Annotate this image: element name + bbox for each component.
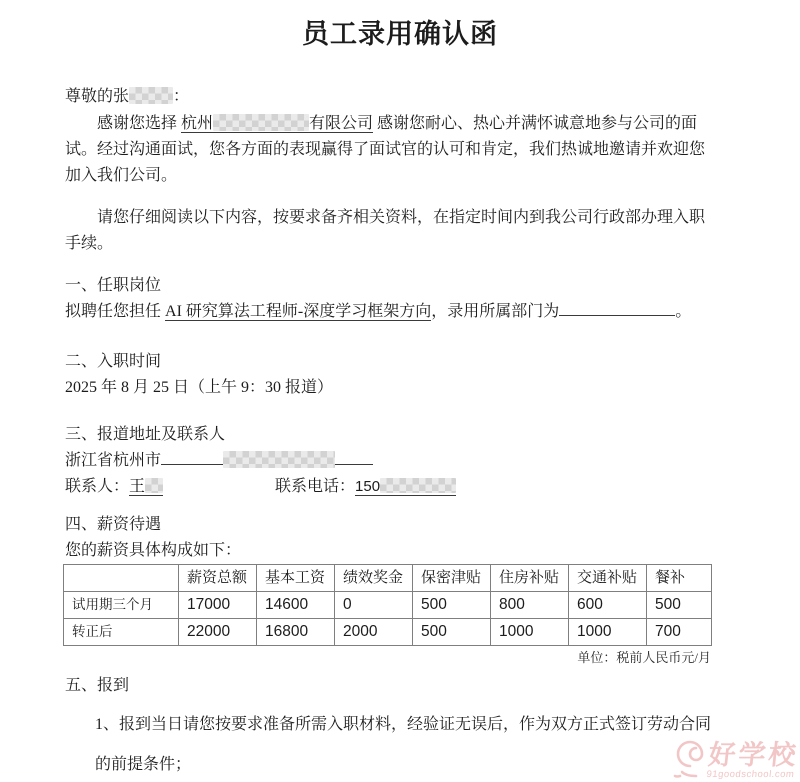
- section-report-heading: 三、报道地址及联系人: [65, 422, 712, 448]
- intro-before-company: 感谢您选择: [97, 115, 181, 132]
- redacted-address: [223, 448, 335, 465]
- address-blank-left: [161, 448, 223, 465]
- section-report: 三、报道地址及联系人 浙江省杭州市 联系人：王联系电话：150: [65, 422, 712, 500]
- company-name-field: 杭州有限公司: [181, 115, 373, 133]
- section-position-heading: 一、任职岗位: [65, 273, 712, 299]
- salary-table-header-row: 薪资总额 基本工资 绩效奖金 保密津贴 住房补贴 交通补贴 餐补: [64, 565, 712, 592]
- phone-field: 150: [355, 478, 456, 496]
- cell-value: 1000: [491, 619, 569, 646]
- section-checkin-heading: 五、报到: [65, 673, 712, 699]
- header-cell-confidential: 保密津贴: [413, 565, 491, 592]
- salary-table: 薪资总额 基本工资 绩效奖金 保密津贴 住房补贴 交通补贴 餐补 试用期三个月 …: [63, 564, 712, 646]
- position-line-end: 。: [675, 303, 691, 320]
- contact-name-field: 王: [129, 478, 163, 496]
- cell-value: 16800: [257, 619, 335, 646]
- row-label: 试用期三个月: [64, 592, 179, 619]
- contact-name: 王: [129, 478, 145, 495]
- department-blank-field: [559, 299, 675, 316]
- section-salary: 四、薪资待遇 您的薪资具体构成如下： 薪资总额 基本工资 绩效奖金 保密津贴 住…: [65, 512, 712, 668]
- cell-value: 1000: [569, 619, 647, 646]
- redacted-contact-name: [145, 478, 163, 493]
- header-cell-meal: 餐补: [647, 565, 712, 592]
- salary-intro: 您的薪资具体构成如下：: [65, 538, 712, 564]
- intro-paragraph: 感谢您选择 杭州有限公司 感谢您耐心、热心并满怀诚意地参与公司的面试。经过沟通面…: [65, 111, 712, 189]
- checkin-item-1: 1、报到当日请您按要求准备所需入职材料，经验证无误后，作为双方正式签订劳动合同的…: [95, 705, 712, 782]
- position-name: AI 研究算法工程师-深度学习框架方向: [165, 303, 431, 321]
- salary-table-row-probation: 试用期三个月 17000 14600 0 500 800 600 500: [64, 592, 712, 619]
- watermark-text: 好学校 91goodschool.com: [706, 741, 800, 780]
- redacted-address-mosaic: [223, 451, 335, 468]
- section-position-line: 拟聘任您担任 AI 研究算法工程师-深度学习框架方向，录用所属部门为。: [65, 299, 712, 325]
- watermark: 好学校 91goodschool.com: [672, 728, 798, 780]
- cell-value: 500: [413, 619, 491, 646]
- position-line-middle: ，录用所属部门为: [431, 303, 559, 320]
- header-cell-housing: 住房补贴: [491, 565, 569, 592]
- document-body: 尊敬的张： 感谢您选择 杭州有限公司 感谢您耐心、热心并满怀诚意地参与公司的面试…: [0, 84, 800, 782]
- redacted-company-name: [213, 114, 309, 131]
- snail-logo-icon: [672, 728, 708, 780]
- row-label: 转正后: [64, 619, 179, 646]
- salary-unit-note: 单位：税前人民币元/月: [63, 648, 711, 668]
- header-cell-base: 基本工资: [257, 565, 335, 592]
- cell-value: 500: [413, 592, 491, 619]
- report-contact-line: 联系人：王联系电话：150: [65, 474, 712, 500]
- phone-prefix: 150: [355, 478, 380, 495]
- document-title: 员工录用确认函: [0, 0, 800, 54]
- cell-value: 700: [647, 619, 712, 646]
- section-salary-heading: 四、薪资待遇: [65, 512, 712, 538]
- company-suffix: 有限公司: [309, 115, 373, 132]
- header-cell-empty: [64, 565, 179, 592]
- header-cell-transport: 交通补贴: [569, 565, 647, 592]
- cell-value: 17000: [179, 592, 257, 619]
- section-checkin: 五、报到 1、报到当日请您按要求准备所需入职材料，经验证无误后，作为双方正式签订…: [65, 673, 712, 782]
- header-cell-total: 薪资总额: [179, 565, 257, 592]
- start-date-value: 2025 年 8 月 25 日（上午 9：30 报道）: [65, 375, 712, 401]
- position-line-before: 拟聘任您担任: [65, 303, 165, 320]
- cell-value: 22000: [179, 619, 257, 646]
- cell-value: 2000: [335, 619, 413, 646]
- salary-table-row-regular: 转正后 22000 16800 2000 500 1000 1000 700: [64, 619, 712, 646]
- company-prefix: 杭州: [181, 115, 213, 132]
- phone-label: 联系电话：: [275, 478, 355, 495]
- cell-value: 600: [569, 592, 647, 619]
- section-position: 一、任职岗位 拟聘任您担任 AI 研究算法工程师-深度学习框架方向，录用所属部门…: [65, 273, 712, 325]
- redacted-phone-number: [380, 478, 456, 493]
- section-start-date: 二、入职时间 2025 年 8 月 25 日（上午 9：30 报道）: [65, 349, 712, 401]
- cell-value: 800: [491, 592, 569, 619]
- redacted-recipient-name: [129, 87, 173, 104]
- greeting-prefix: 尊敬的张: [65, 88, 129, 105]
- watermark-url: 91goodschool.com: [706, 769, 797, 780]
- address-prefix: 浙江省杭州市: [65, 452, 161, 469]
- cell-value: 0: [335, 592, 413, 619]
- cell-value: 14600: [257, 592, 335, 619]
- report-address-line: 浙江省杭州市: [65, 448, 712, 474]
- section-start-date-heading: 二、入职时间: [65, 349, 712, 375]
- watermark-name: 好学校: [707, 741, 800, 769]
- greeting-line: 尊敬的张：: [65, 84, 712, 110]
- header-cell-bonus: 绩效奖金: [335, 565, 413, 592]
- notice-paragraph: 请您仔细阅读以下内容，按要求备齐相关资料，在指定时间内到我公司行政部办理入职手续…: [65, 205, 712, 257]
- offer-letter-document: 员工录用确认函 尊敬的张： 感谢您选择 杭州有限公司 感谢您耐心、热心并满怀诚意…: [0, 0, 800, 782]
- address-blank-right: [335, 448, 373, 465]
- cell-value: 500: [647, 592, 712, 619]
- contact-label: 联系人：: [65, 478, 129, 495]
- greeting-suffix: ：: [173, 88, 189, 105]
